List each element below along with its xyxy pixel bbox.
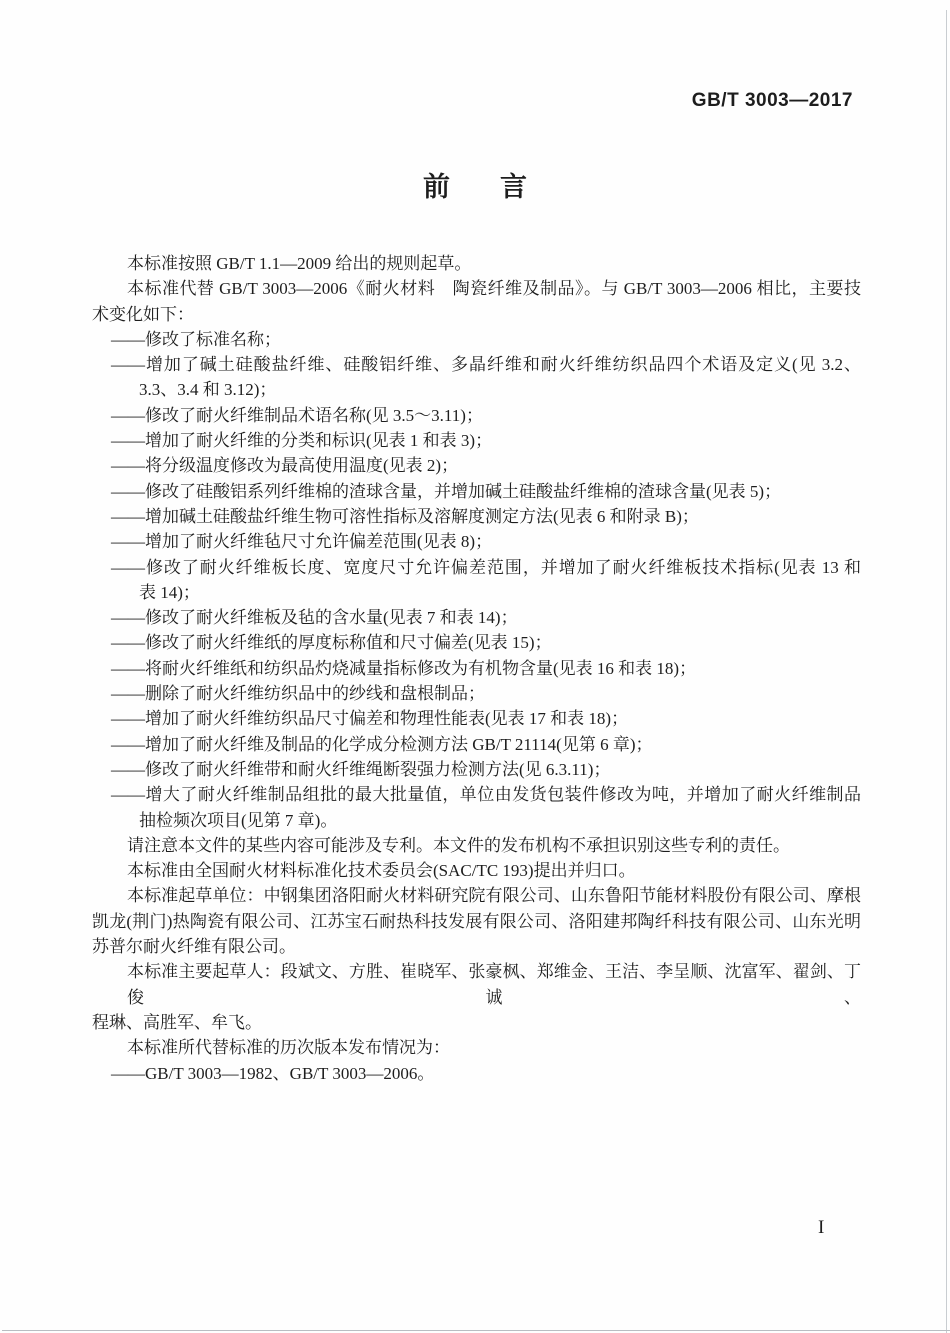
text-line: ——将分级温度修改为最高使用温度(见表 2)； xyxy=(92,453,861,478)
text-line: ——增加了耐火纤维及制品的化学成分检测方法 GB/T 21114(见第 6 章)… xyxy=(92,732,861,757)
text-line: 抽检频次项目(见第 7 章)。 xyxy=(92,808,861,833)
text-line: ——修改了硅酸铝系列纤维棉的渣球含量，并增加碱土硅酸盐纤维棉的渣球含量(见表 5… xyxy=(92,479,861,504)
scan-edge-bottom xyxy=(2,1330,950,1331)
text-line: ——将耐火纤维纸和纺织品灼烧减量指标修改为有机物含量(见表 16 和表 18)； xyxy=(92,656,861,681)
text-line: ——修改了耐火纤维带和耐火纤维绳断裂强力检测方法(见 6.3.11)； xyxy=(92,757,861,782)
text-line: ——增加了碱土硅酸盐纤维、硅酸铝纤维、多晶纤维和耐火纤维纺织品四个术语及定义(见… xyxy=(92,352,861,377)
document-body: 本标准按照 GB/T 1.1—2009 给出的规则起草。本标准代替 GB/T 3… xyxy=(92,251,861,1086)
text-line: ——增加了耐火纤维的分类和标识(见表 1 和表 3)； xyxy=(92,428,861,453)
text-line: ——修改了标准名称； xyxy=(92,327,861,352)
page-title: 前 言 xyxy=(0,168,950,206)
text-line: 请注意本文件的某些内容可能涉及专利。本文件的发布机构不承担识别这些专利的责任。 xyxy=(92,833,861,858)
text-line: 本标准起草单位：中钢集团洛阳耐火材料研究院有限公司、山东鲁阳节能材料股份有限公司… xyxy=(92,883,861,908)
text-line: ——删除了耐火纤维纺织品中的纱线和盘根制品； xyxy=(92,681,861,706)
text-line: 本标准所代替标准的历次版本发布情况为： xyxy=(92,1035,861,1060)
text-line: 本标准代替 GB/T 3003—2006《耐火材料 陶瓷纤维及制品》。与 GB/… xyxy=(92,276,861,301)
text-line: 本标准主要起草人：段斌文、方胜、崔晓军、张豪枫、郑维金、王洁、李呈顺、沈富军、翟… xyxy=(92,959,861,1010)
text-line: ——修改了耐火纤维板长度、宽度尺寸允许偏差范围，并增加了耐火纤维板技术指标(见表… xyxy=(92,555,861,580)
document-page: GB/T 3003—2017 前 言 本标准按照 GB/T 1.1—2009 给… xyxy=(0,0,950,1333)
page-number: I xyxy=(818,1217,824,1239)
text-line: ——增加碱土硅酸盐纤维生物可溶性指标及溶解度测定方法(见表 6 和附录 B)； xyxy=(92,504,861,529)
text-line: 3.3、3.4 和 3.12)； xyxy=(92,377,861,402)
text-line: ——GB/T 3003—1982、GB/T 3003—2006。 xyxy=(92,1061,861,1086)
scan-edge-right xyxy=(946,10,947,1333)
text-line: ——修改了耐火纤维板及毡的含水量(见表 7 和表 14)； xyxy=(92,605,861,630)
standard-code-header: GB/T 3003—2017 xyxy=(692,90,853,112)
text-line: ——修改了耐火纤维制品术语名称(见 3.5～3.11)； xyxy=(92,403,861,428)
text-line: ——增加了耐火纤维毡尺寸允许偏差范围(见表 8)； xyxy=(92,529,861,554)
text-line: 程琳、高胜军、牟飞。 xyxy=(92,1010,861,1035)
page-title-char-2: 言 xyxy=(500,168,527,206)
text-line: 本标准按照 GB/T 1.1—2009 给出的规则起草。 xyxy=(92,251,861,276)
text-line: 本标准由全国耐火材料标准化技术委员会(SAC/TC 193)提出并归口。 xyxy=(92,858,861,883)
text-line: 苏普尔耐火纤维有限公司。 xyxy=(92,934,861,959)
text-line: ——增大了耐火纤维制品组批的最大批量值，单位由发货包装件修改为吨，并增加了耐火纤… xyxy=(92,782,861,807)
page-title-char-1: 前 xyxy=(423,168,450,206)
text-line: ——修改了耐火纤维纸的厚度标称值和尺寸偏差(见表 15)； xyxy=(92,630,861,655)
text-line: 术变化如下： xyxy=(92,302,861,327)
text-line: 表 14)； xyxy=(92,580,861,605)
text-line: 凯龙(荆门)热陶瓷有限公司、江苏宝石耐热科技发展有限公司、洛阳建邦陶纤科技有限公… xyxy=(92,909,861,934)
text-line: ——增加了耐火纤维纺织品尺寸偏差和物理性能表(见表 17 和表 18)； xyxy=(92,706,861,731)
